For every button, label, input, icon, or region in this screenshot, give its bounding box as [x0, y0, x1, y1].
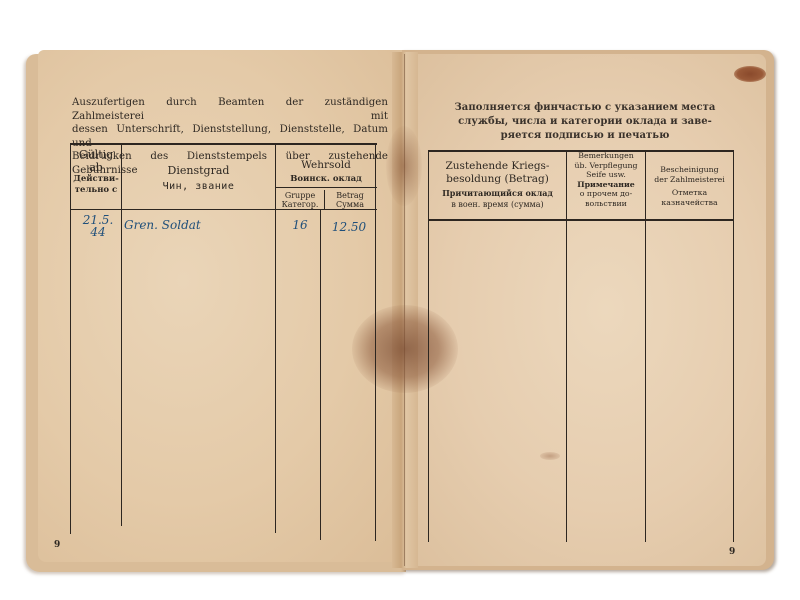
- right-page-number: 9: [729, 547, 735, 557]
- header-remarks: Bemerkungen üb. Verpflegung Seife usw. П…: [567, 151, 645, 209]
- header-text: Действи-: [71, 174, 121, 185]
- pay-subheader-divider: [276, 187, 377, 188]
- header-text: Категор.: [276, 200, 324, 209]
- header-text: Bemerkungen: [567, 151, 645, 161]
- header-text: тельно с: [71, 185, 121, 196]
- stain-upper-spine: [386, 126, 422, 206]
- header-amount: Betrag Сумма: [325, 191, 375, 209]
- header-text: Dienstgrad: [122, 163, 275, 179]
- instruction-line: службы, числа и категории оклада и заве-: [440, 115, 730, 129]
- header-text: Wehrsold: [276, 158, 376, 172]
- header-certification: Bescheinigung der Zahlmeisterei Отметка …: [646, 165, 733, 208]
- column-divider: [121, 143, 122, 526]
- header-text: Причитающийся оклад: [429, 188, 566, 199]
- entry-date: 21.5. 44: [76, 214, 120, 238]
- entry-rank: Gren. Soldat: [124, 218, 274, 232]
- column-divider: [566, 150, 567, 542]
- entry-date-line: 44: [76, 226, 120, 238]
- column-divider: [375, 143, 376, 541]
- stain-small-right: [540, 452, 560, 460]
- column-divider: [733, 150, 734, 542]
- header-text: Сумма: [325, 200, 375, 209]
- header-text: besoldung (Betrag): [429, 173, 566, 186]
- header-text: Seife usw.: [567, 170, 645, 180]
- instruction-line: Auszufertigen durch Beamten der zuständi…: [72, 96, 388, 123]
- left-page-number: 9: [54, 540, 60, 550]
- header-text: казначейства: [646, 198, 733, 208]
- header-text: Чин, звание: [122, 179, 275, 195]
- header-text: о прочем до-: [567, 189, 645, 199]
- table-header-bottom-border: [70, 209, 377, 210]
- header-text: der Zahlmeisterei: [646, 175, 733, 185]
- header-rank: Dienstgrad Чин, звание: [122, 163, 275, 195]
- instruction-line: ряется подписью и печатью: [440, 129, 730, 143]
- column-divider: [70, 143, 71, 534]
- header-text: Zustehende Kriegs-: [429, 160, 566, 173]
- header-text: Bescheinigung: [646, 165, 733, 175]
- column-divider: [320, 210, 321, 540]
- header-valid-from: Gültig ab Действи- тельно с: [71, 148, 121, 196]
- header-text: Gültig: [71, 148, 121, 161]
- header-text: Примечание: [567, 180, 645, 190]
- header-text: в воен. время (сумма): [429, 199, 566, 210]
- entry-amount: 12.50: [324, 220, 374, 234]
- header-text: üb. Verpflegung: [567, 161, 645, 171]
- header-war-pay: Zustehende Kriegs- besoldung (Betrag) Пр…: [429, 160, 566, 210]
- instruction-line: dessen Unterschrift, Dienststellung, Die…: [72, 123, 388, 150]
- header-text: Воинск. оклад: [276, 172, 376, 186]
- stain-top-right-corner: [734, 66, 766, 82]
- stain-center-spine: [352, 305, 458, 393]
- instruction-line: Заполняется финчастью с указанием места: [440, 101, 730, 115]
- right-page-instructions: Заполняется финчастью с указанием места …: [440, 101, 730, 143]
- table-header-bottom-border: [428, 219, 734, 221]
- header-text: Отметка: [646, 188, 733, 198]
- entry-group: 16: [280, 218, 320, 232]
- column-divider: [645, 150, 646, 542]
- header-text: Gruppe: [276, 191, 324, 200]
- header-text: Betrag: [325, 191, 375, 200]
- header-group: Gruppe Категор.: [276, 191, 324, 209]
- header-pay: Wehrsold Воинск. оклад: [276, 158, 376, 186]
- open-pay-book: Auszufertigen durch Beamten der zuständi…: [0, 0, 800, 600]
- header-text: ab: [71, 161, 121, 174]
- table-top-border: [70, 143, 377, 145]
- header-text: вольствии: [567, 199, 645, 209]
